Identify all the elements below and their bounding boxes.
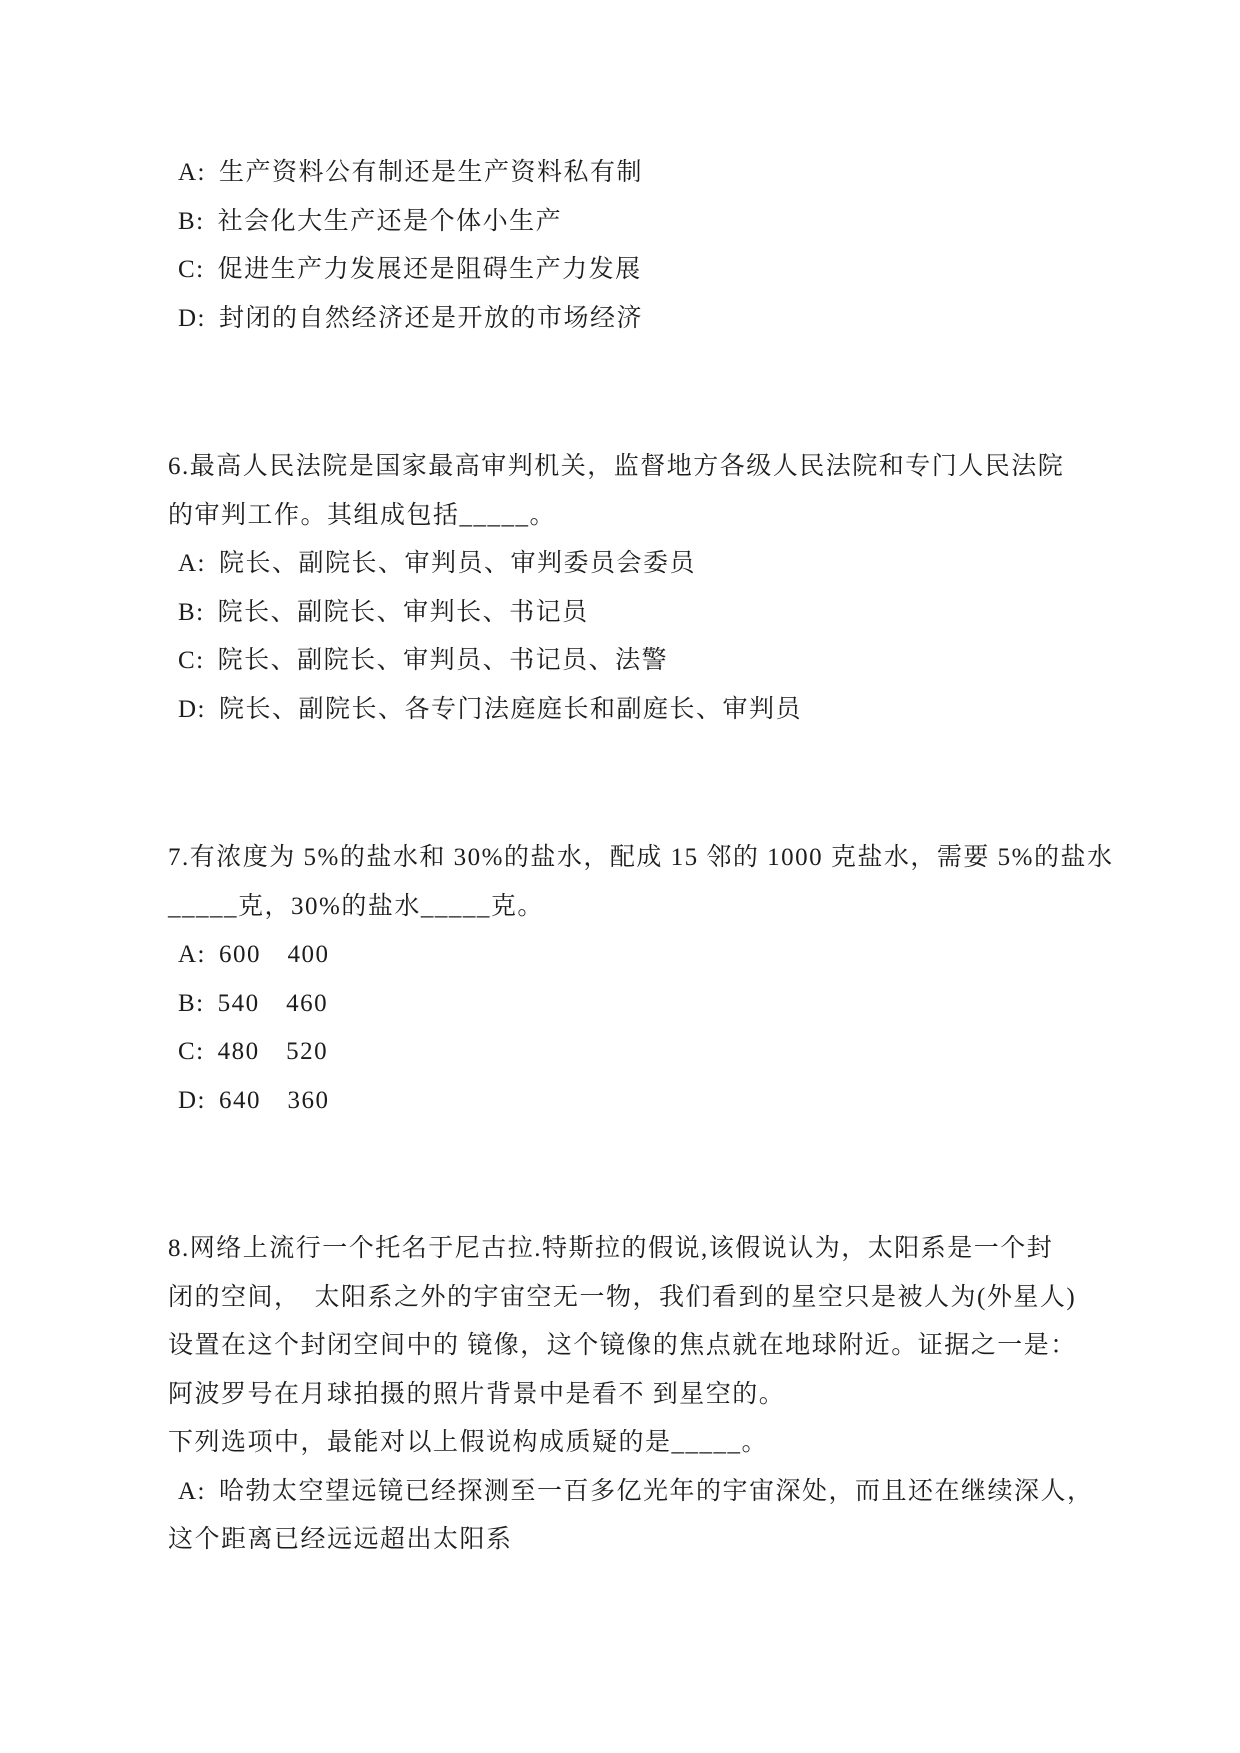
option-label: D: (178, 305, 206, 332)
option-text: 哈勃太空望远镜已经探测至一百多亿光年的宇宙深处，而且还在继续深人， (219, 1478, 1094, 1505)
option-row: A:600 400 (168, 931, 1110, 980)
option-text: 院长、副院长、各专门法庭庭长和副庭长、审判员 (219, 696, 802, 723)
question-stem-line: 设置在这个封闭空间中的 镜像，这个镜像的焦点就在地球附近。证据之一是： (168, 1322, 1110, 1371)
exam-document-page: A:生产资料公有制还是生产资料私有制 B:社会化大生产还是个体小生产 C:促进生… (0, 0, 1240, 1753)
option-text: 540 460 (218, 990, 329, 1017)
question-7-block: 7.有浓度为 5%的盐水和 30%的盐水，配成 15 邻的 1000 克盐水，需… (168, 834, 1110, 1125)
question-stem-line: 下列选项中，最能对以上假说构成质疑的是_____。 (168, 1419, 1110, 1468)
option-label: B: (178, 208, 205, 235)
option-row: A:哈勃太空望远镜已经探测至一百多亿光年的宇宙深处，而且还在继续深人， (168, 1468, 1110, 1517)
option-label: A: (178, 550, 206, 577)
option-text: 促进生产力发展还是阻碍生产力发展 (218, 256, 642, 283)
option-label: D: (178, 696, 206, 723)
option-label: B: (178, 599, 205, 626)
option-text: 480 520 (218, 1038, 329, 1065)
option-row: D:640 360 (168, 1077, 1110, 1126)
option-text: 院长、副院长、审判员、审判委员会委员 (219, 550, 696, 577)
option-label: B: (178, 990, 205, 1017)
option-row: C:院长、副院长、审判员、书记员、法警 (168, 637, 1110, 686)
option-text: 600 400 (219, 941, 330, 968)
option-row: D:封闭的自然经济还是开放的市场经济 (168, 295, 1110, 344)
option-text: 院长、副院长、审判员、书记员、法警 (218, 647, 669, 674)
option-row: D:院长、副院长、各专门法庭庭长和副庭长、审判员 (168, 686, 1110, 735)
question-stem-line: _____克，30%的盐水_____克。 (168, 883, 1110, 932)
option-row: B:540 460 (168, 980, 1110, 1029)
question-stem-line: 闭的空间， 太阳系之外的宇宙空无一物，我们看到的星空只是被人为(外星人) (168, 1274, 1110, 1323)
question-stem-line: 7.有浓度为 5%的盐水和 30%的盐水，配成 15 邻的 1000 克盐水，需… (168, 834, 1110, 883)
option-label: C: (178, 647, 205, 674)
option-text: 院长、副院长、审判长、书记员 (218, 599, 589, 626)
option-row: A:院长、副院长、审判员、审判委员会委员 (168, 540, 1110, 589)
option-row: A:生产资料公有制还是生产资料私有制 (168, 149, 1110, 198)
option-row: C:促进生产力发展还是阻碍生产力发展 (168, 246, 1110, 295)
option-label: D: (178, 1087, 206, 1114)
option-label: C: (178, 1038, 205, 1065)
question-stem-line: 的审判工作。其组成包括_____。 (168, 492, 1110, 541)
question-stem-line: 8.网络上流行一个托名于尼古拉.特斯拉的假说,该假说认为，太阳系是一个封 (168, 1225, 1110, 1274)
option-text: 640 360 (219, 1087, 330, 1114)
question-stem-line: 阿波罗号在月球拍摄的照片背景中是看不 到星空的。 (168, 1371, 1110, 1420)
question-5-options-block: A:生产资料公有制还是生产资料私有制 B:社会化大生产还是个体小生产 C:促进生… (168, 149, 1110, 343)
question-8-block: 8.网络上流行一个托名于尼古拉.特斯拉的假说,该假说认为，太阳系是一个封 闭的空… (168, 1225, 1110, 1565)
option-text: 封闭的自然经济还是开放的市场经济 (219, 305, 643, 332)
option-text: 社会化大生产还是个体小生产 (218, 208, 563, 235)
question-stem-line: 6.最高人民法院是国家最高审判机关，监督地方各级人民法院和专门人民法院 (168, 443, 1110, 492)
option-row: B:院长、副院长、审判长、书记员 (168, 589, 1110, 638)
option-row: B:社会化大生产还是个体小生产 (168, 198, 1110, 247)
option-label: A: (178, 1478, 206, 1505)
option-label: A: (178, 941, 206, 968)
option-continuation-line: 这个距离已经远远超出太阳系 (168, 1516, 1110, 1565)
option-label: A: (178, 159, 206, 186)
option-text: 生产资料公有制还是生产资料私有制 (219, 159, 643, 186)
option-row: C:480 520 (168, 1028, 1110, 1077)
question-6-block: 6.最高人民法院是国家最高审判机关，监督地方各级人民法院和专门人民法院 的审判工… (168, 443, 1110, 734)
option-label: C: (178, 256, 205, 283)
